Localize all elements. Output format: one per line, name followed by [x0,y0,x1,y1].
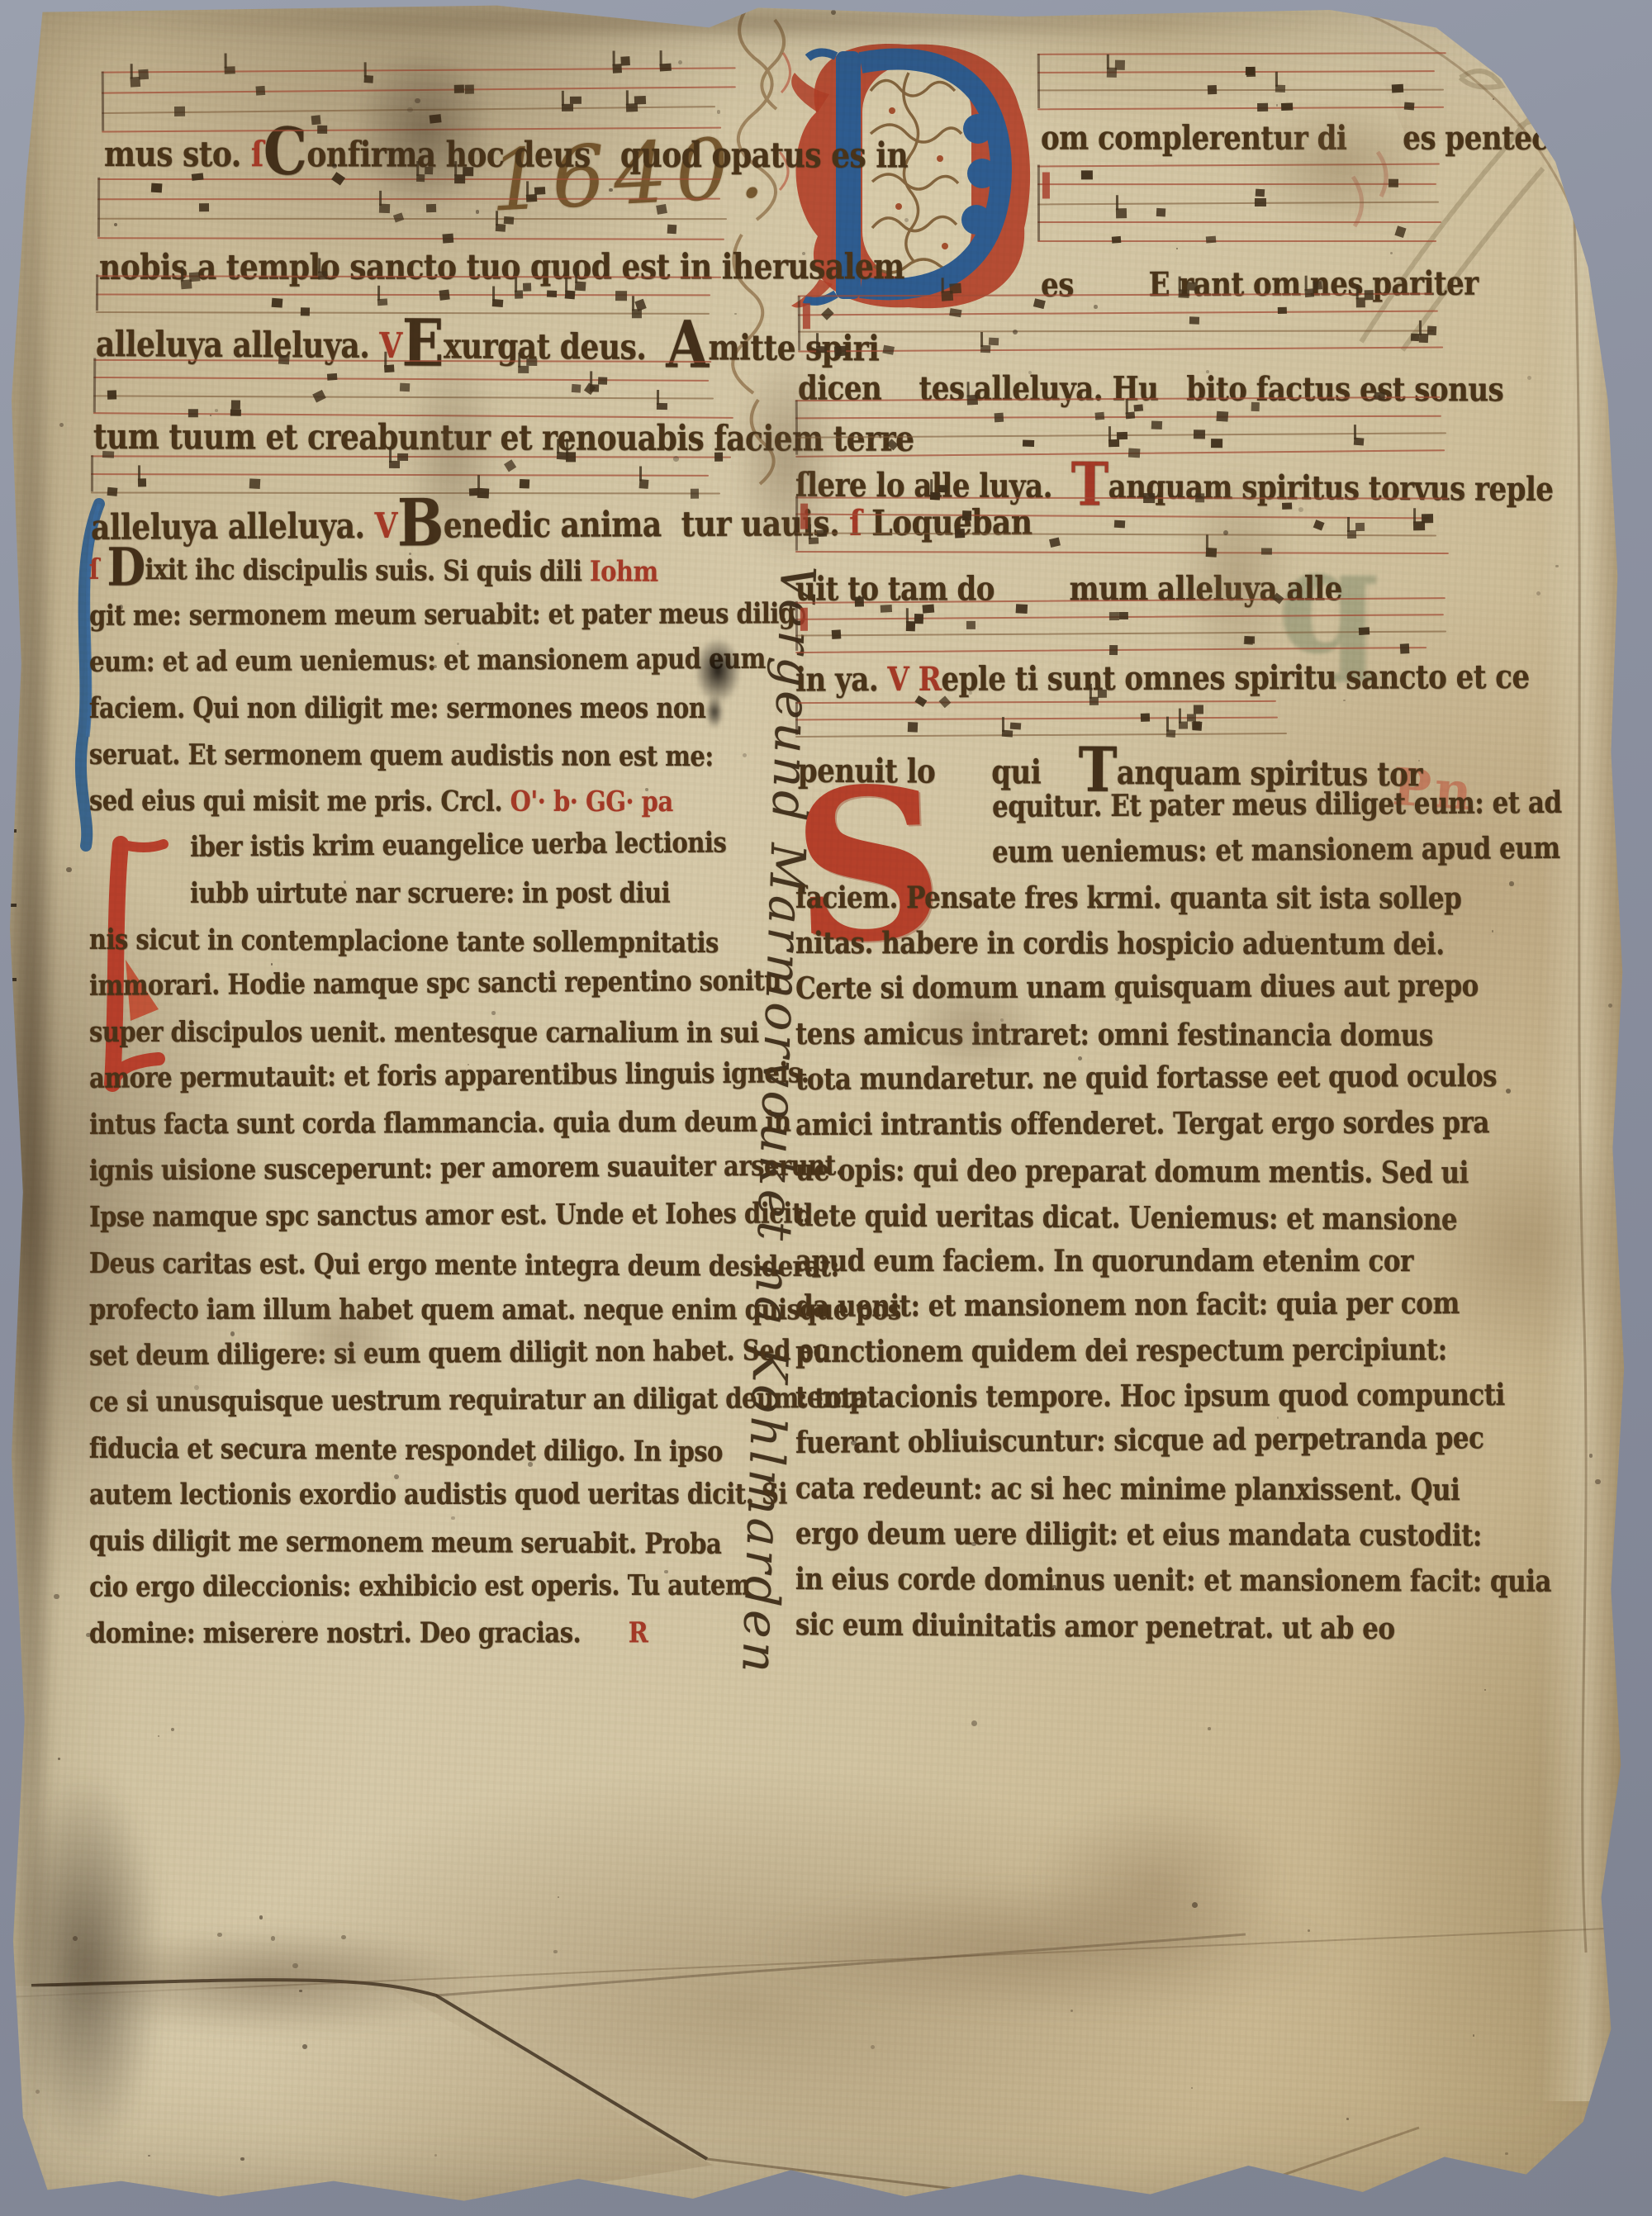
edge-tick-mark [7,1250,17,1254]
text-segment: sic eum diuinitatis amor penetrat. ut ab… [795,1607,1395,1647]
prose-line: temptacionis tempore. Hoc ipsum quod com… [795,1378,1505,1415]
prose-line: quis diligit me sermonem meum seruabit. … [89,1524,722,1560]
prose-line: dete quid ueritas dicat. Ueniemus: et ma… [795,1198,1457,1237]
prose-line: equitur. Et pater meus diliget eum: et a… [992,785,1562,825]
text-segment: nis sicut in contemplacione tante sollem… [89,923,719,959]
prose-line: faciem. Pensate fres krmi. quanta sit is… [795,880,1461,916]
text-segment: nitas. habere in cordis hospicio aduentu… [795,926,1445,962]
chant-lyric-line: alleluya alleluya. VExurgat deus. Amitte… [96,324,880,369]
prose-line: tota mundaretur. ne quid fortasse eet qu… [795,1059,1497,1098]
text-segment: eple ti sunt omnes spiritu sancto et ce [941,657,1529,699]
text-segment: enedic anima tur uauis. [444,503,850,546]
text-segment: seruat. Et sermonem quem audistis non es… [89,738,714,772]
text-segment: tum tuum et creabuntur et renouabis faci… [93,416,914,459]
text-segment: ignis uisione susceperunt: per amorem su… [89,1148,843,1187]
chant-lyric-line: nobis a templo sancto tuo quod est in ih… [99,246,904,287]
text-segment: faciem. Pensate fres krmi. quanta sit is… [795,880,1461,916]
edge-tick-mark [7,1069,17,1072]
text-segment: dicen tes alleluya. Hu bito factus est s… [798,369,1503,410]
prose-line: in eius corde dominus uenit: et mansione… [795,1562,1551,1599]
text-segment: fiducia et secura mente respondet diligo… [89,1431,723,1468]
prose-line: cio ergo dileccionis: exhibicio est oper… [89,1568,750,1603]
prose-line: ſ Dixit ihc discipulis suis. Si quis dil… [89,553,658,588]
text-segment: ixit ihc discipulis suis. Si quis dili [145,553,590,587]
text-segment: V [379,325,402,367]
prose-line: Deus caritas est. Qui ergo mente integra… [89,1246,839,1283]
text-segment: penuit lo qui [798,752,1079,792]
text-segment: D [107,537,145,599]
text-segment: mitte spiri [709,327,880,369]
prose-line: set deum diligere: si eum quem diligit n… [89,1333,828,1372]
prose-line: seruat. Et sermonem quem audistis non es… [89,738,714,772]
chant-lyric-line: ſlere lo alle luya. Tanquam spiritus tor… [795,466,1554,510]
text-segment: mus sto. [104,134,251,175]
text-segment: immorari. Hodie namque spc sancti repent… [89,964,781,1002]
prose-line: autem lectionis exordio audistis quod ue… [89,1478,787,1511]
text-segment: V [374,505,397,547]
text-segment: temptacionis tempore. Hoc ipsum quod com… [795,1378,1505,1415]
text-segment: faciem. Qui non diligit me: sermones meo… [89,691,705,724]
text-segment: in ya. [795,661,888,700]
prose-line: tens amicus intraret: omni festinancia d… [795,1017,1433,1053]
text-segment: sed eius qui misit me pris. Crcl. [89,784,510,818]
edge-tick-mark [7,904,17,907]
prose-line: profecto iam illum habet quem amat. nequ… [89,1293,901,1326]
prose-line: nitas. habere in cordis hospicio aduentu… [795,926,1445,962]
text-segment: in eius corde dominus uenit: et mansione… [795,1562,1551,1599]
chant-lyric-line: es E rant om nes pariter [1041,264,1479,305]
text-segment: intus facta sunt corda flammancia. quia … [89,1105,791,1141]
text-segment: A [666,306,709,383]
prose-line: eum: et ad eum ueniemus: et mansionem ap… [89,642,766,678]
prose-line: amore permutauit: et foris apparentibus … [89,1056,809,1094]
prose-line: cata redeunt: ac si hec minime planxisse… [795,1471,1460,1508]
text-segment: xurgat deus. [444,325,667,368]
text-segment: punctionem quidem dei respectum percipiu… [795,1332,1447,1369]
text-segment: tens amicus intraret: omni festinancia d… [795,1017,1433,1053]
prose-line: domine: miserere nostri. Deo gracias. R [89,1616,648,1649]
prose-line: ue opis: qui deo preparat domum mentis. … [795,1153,1469,1191]
text-segment: alleluya alleluya. [96,324,380,367]
text-segment: set deum diligere: si eum quem diligit n… [89,1333,828,1372]
edge-tick-mark [7,1160,17,1163]
prose-line: nis sicut in contemplacione tante sollem… [89,923,719,959]
text-segment: profecto iam illum habet quem amat. nequ… [89,1293,901,1326]
text-segment: R [629,1616,648,1649]
text-segment: amici intrantis offenderet. Tergat ergo … [795,1105,1489,1142]
text-segment: ſ [251,134,263,175]
prose-line: immorari. Hodie namque spc sancti repent… [89,964,781,1002]
prose-line: iber istis krim euangelice uerba lection… [190,826,726,863]
text-segment: Ipse namque spc sanctus amor est. Unde e… [89,1197,810,1234]
prose-line: ce si unusquisque uestrum requiratur an … [89,1381,867,1418]
text-segment: T [1070,450,1108,520]
prose-line: punctionem quidem dei respectum percipiu… [795,1332,1447,1369]
prose-line: sed eius qui misit me pris. Crcl. O'· b·… [89,784,673,818]
prose-line: da uenit: et mansionem non facit: quia p… [795,1286,1460,1324]
prose-line: faciem. Qui non diligit me: sermones meo… [89,691,705,724]
text-segment: amore permutauit: et foris apparentibus … [89,1056,809,1094]
text-segment: cata redeunt: ac si hec minime planxisse… [795,1471,1460,1508]
prose-line: ignis uisione susceperunt: per amorem su… [89,1148,843,1187]
prose-line: apud eum faciem. In quorundam etenim cor [795,1244,1413,1279]
text-segment: Deus caritas est. Qui ergo mente integra… [89,1246,839,1283]
text-segment: onfirma hoc deus quod opatus es in [306,134,908,176]
text-segment: apud eum faciem. In quorundam etenim cor [795,1244,1413,1279]
edge-tick-mark [7,978,17,981]
text-segment: tota mundaretur. ne quid fortasse eet qu… [795,1059,1497,1098]
chant-lyric-line: dicen tes alleluya. Hu bito factus est s… [798,369,1503,410]
prose-line: intus facta sunt corda flammancia. quia … [89,1105,791,1141]
text-segment: om complerentur di es pentecoſt [1041,119,1591,158]
text-segment: eum: et ad eum ueniemus: et mansionem ap… [89,642,766,678]
text-segment: fuerant obliuiscuntur: sicque ad perpetr… [795,1421,1484,1460]
prose-line: super discipulos uenit. mentesque carnal… [89,1015,759,1049]
prose-line: ergo deum uere diligit: et eius mandata … [795,1516,1482,1554]
text-segment: dete quid ueritas dicat. Ueniemus: et ma… [795,1198,1457,1237]
text-segment: nobis a templo sancto tuo quod est in ih… [99,246,904,287]
text-segment: anquam spiritus torvus reple [1108,467,1554,509]
text-segment: git me: sermonem meum seruabit: et pater… [89,596,795,632]
prose-line: iubb uirtute nar scruere: in post diui [190,876,670,909]
text-segment: Certe si domum unam quisquam diues aut p… [795,969,1479,1007]
text-segment: V R [887,660,941,699]
edge-tick-mark [7,829,17,833]
chant-lyric-line: uit to tam do mum alleluya alle [795,570,1342,609]
chant-lyric-line: om complerentur di es pentecoſt [1041,119,1591,158]
text-segment: O'· b· GG· pa [510,785,673,818]
prose-line: amici intrantis offenderet. Tergat ergo … [795,1105,1489,1142]
prose-line: Ipse namque spc sanctus amor est. Unde e… [89,1197,810,1234]
prose-line: fuerant obliuiscuntur: sicque ad perpetr… [795,1421,1484,1460]
chant-lyric-line: tum tuum et creabuntur et renouabis faci… [93,416,914,459]
text-segment: iber istis krim euangelice uerba lection… [190,826,726,863]
text-segment: iubb uirtute nar scruere: in post diui [190,876,670,909]
text-segment: C [263,112,307,189]
text-segment: E [402,304,444,382]
text-segment: ergo deum uere diligit: et eius mandata … [795,1516,1482,1554]
prose-line: sic eum diuinitatis amor penetrat. ut ab… [795,1607,1395,1647]
text-segment: ſlere lo alle luya. [795,466,1071,506]
text-segment: super discipulos uenit. mentesque carnal… [89,1015,759,1049]
prose-line: fiducia et secura mente respondet diligo… [89,1431,723,1468]
text-segment: Iohm [590,554,658,587]
prose-line: eum ueniemus: et mansionem apud eum [992,831,1560,871]
parchment-sheet: 1640. Vergeund Marmorvouket na Kohlmarde… [7,3,1640,2205]
text-segment: autem lectionis exordio audistis quod ue… [89,1478,787,1511]
chant-lyric-line: in ya. V Reple ti sunt omnes spiritu san… [795,657,1530,700]
text-segment: es E rant om nes pariter [1041,264,1479,305]
text-segment: equitur. Et pater meus diliget eum: et a… [992,785,1562,825]
chant-lyric-line: alleluya alleluya. VBenedic anima tur ua… [91,502,1032,548]
text-segment: ce si unusquisque uestrum requiratur an … [89,1381,867,1418]
text-segment: domine: miserere nostri. Deo gracias. [89,1616,629,1649]
text-segment: Loqueban [862,502,1032,544]
text-segment: da uenit: et mansionem non facit: quia p… [795,1286,1460,1324]
text-segment: eum ueniemus: et mansionem apud eum [992,831,1560,871]
text-segment: B [397,484,444,562]
prose-line: git me: sermonem meum seruabit: et pater… [89,596,795,632]
text-segment: ue opis: qui deo preparat domum mentis. … [795,1153,1469,1191]
prose-line: Certe si domum unam quisquam diues aut p… [795,969,1479,1007]
manuscript-photo: 1640. Vergeund Marmorvouket na Kohlmarde… [0,0,1652,2216]
text-segment: ſ [89,553,107,586]
text-segment: cio ergo dileccionis: exhibicio est oper… [89,1568,750,1603]
text-segment: quis diligit me sermonem meum seruabit. … [89,1524,722,1560]
text-segment: ſ [849,503,862,544]
chant-lyric-line: mus sto. ſConfirma hoc deus quod opatus … [104,134,908,176]
text-segment: uit to tam do mum alleluya alle [795,570,1342,609]
